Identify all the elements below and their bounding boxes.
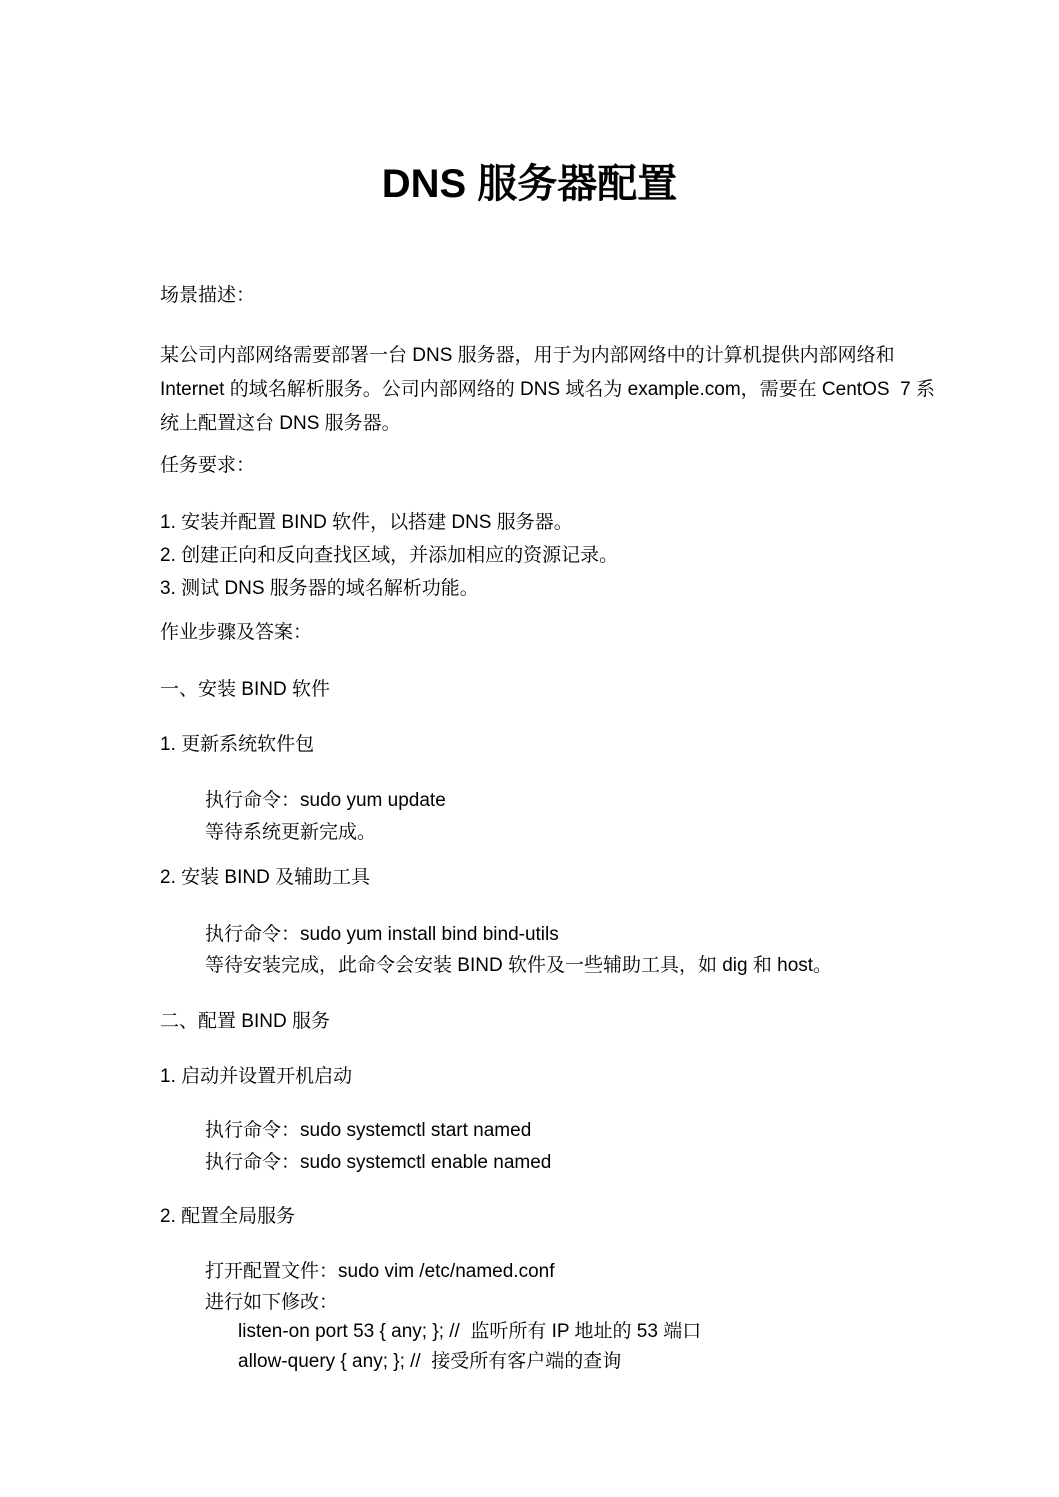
scene-heading: 场景描述： <box>160 283 255 309</box>
scene-paragraph-line-3: 统上配置这台 DNS 服务器。 <box>160 411 401 437</box>
document-title: DNS 服务器配置 <box>0 158 1059 210</box>
document-page: DNS 服务器配置 场景描述： 某公司内部网络需要部署一台 DNS 服务器，用于… <box>0 0 1059 1497</box>
config-line: allow-query { any; }; // 接受所有客户端的查询 <box>238 1349 621 1375</box>
section2-step2-heading: 2. 配置全局服务 <box>160 1204 295 1230</box>
tasks-heading: 任务要求： <box>160 453 255 479</box>
command-line: 打开配置文件：sudo vim /etc/named.conf <box>205 1259 555 1285</box>
answers-heading: 作业步骤及答案： <box>160 620 312 646</box>
task-item-1: 1. 安装并配置 BIND 软件，以搭建 DNS 服务器。 <box>160 510 573 536</box>
command-line: 执行命令：sudo yum install bind bind-utils <box>205 922 559 948</box>
task-item-3: 3. 测试 DNS 服务器的域名解析功能。 <box>160 576 479 602</box>
section1-heading: 一、安装 BIND 软件 <box>160 677 330 703</box>
section1-step1-heading: 1. 更新系统软件包 <box>160 732 314 758</box>
command-line: 执行命令：sudo yum update <box>205 788 446 814</box>
command-line: 执行命令：sudo systemctl start named <box>205 1118 531 1144</box>
command-line: 执行命令：sudo systemctl enable named <box>205 1150 551 1176</box>
section2-step1-heading: 1. 启动并设置开机启动 <box>160 1064 352 1090</box>
section1-step2-heading: 2. 安装 BIND 及辅助工具 <box>160 865 370 891</box>
task-item-2: 2. 创建正向和反向查找区域，并添加相应的资源记录。 <box>160 543 618 569</box>
scene-paragraph-line-2: Internet 的域名解析服务。公司内部网络的 DNS 域名为 example… <box>160 377 935 403</box>
note-line: 等待安装完成，此命令会安装 BIND 软件及一些辅助工具，如 dig 和 hos… <box>205 953 832 979</box>
note-line: 等待系统更新完成。 <box>205 820 376 846</box>
section2-heading: 二、配置 BIND 服务 <box>160 1009 330 1035</box>
scene-paragraph-line-1: 某公司内部网络需要部署一台 DNS 服务器，用于为内部网络中的计算机提供内部网络… <box>160 343 895 369</box>
config-line: listen-on port 53 { any; }; // 监听所有 IP 地… <box>238 1319 701 1345</box>
note-line: 进行如下修改： <box>205 1290 338 1316</box>
